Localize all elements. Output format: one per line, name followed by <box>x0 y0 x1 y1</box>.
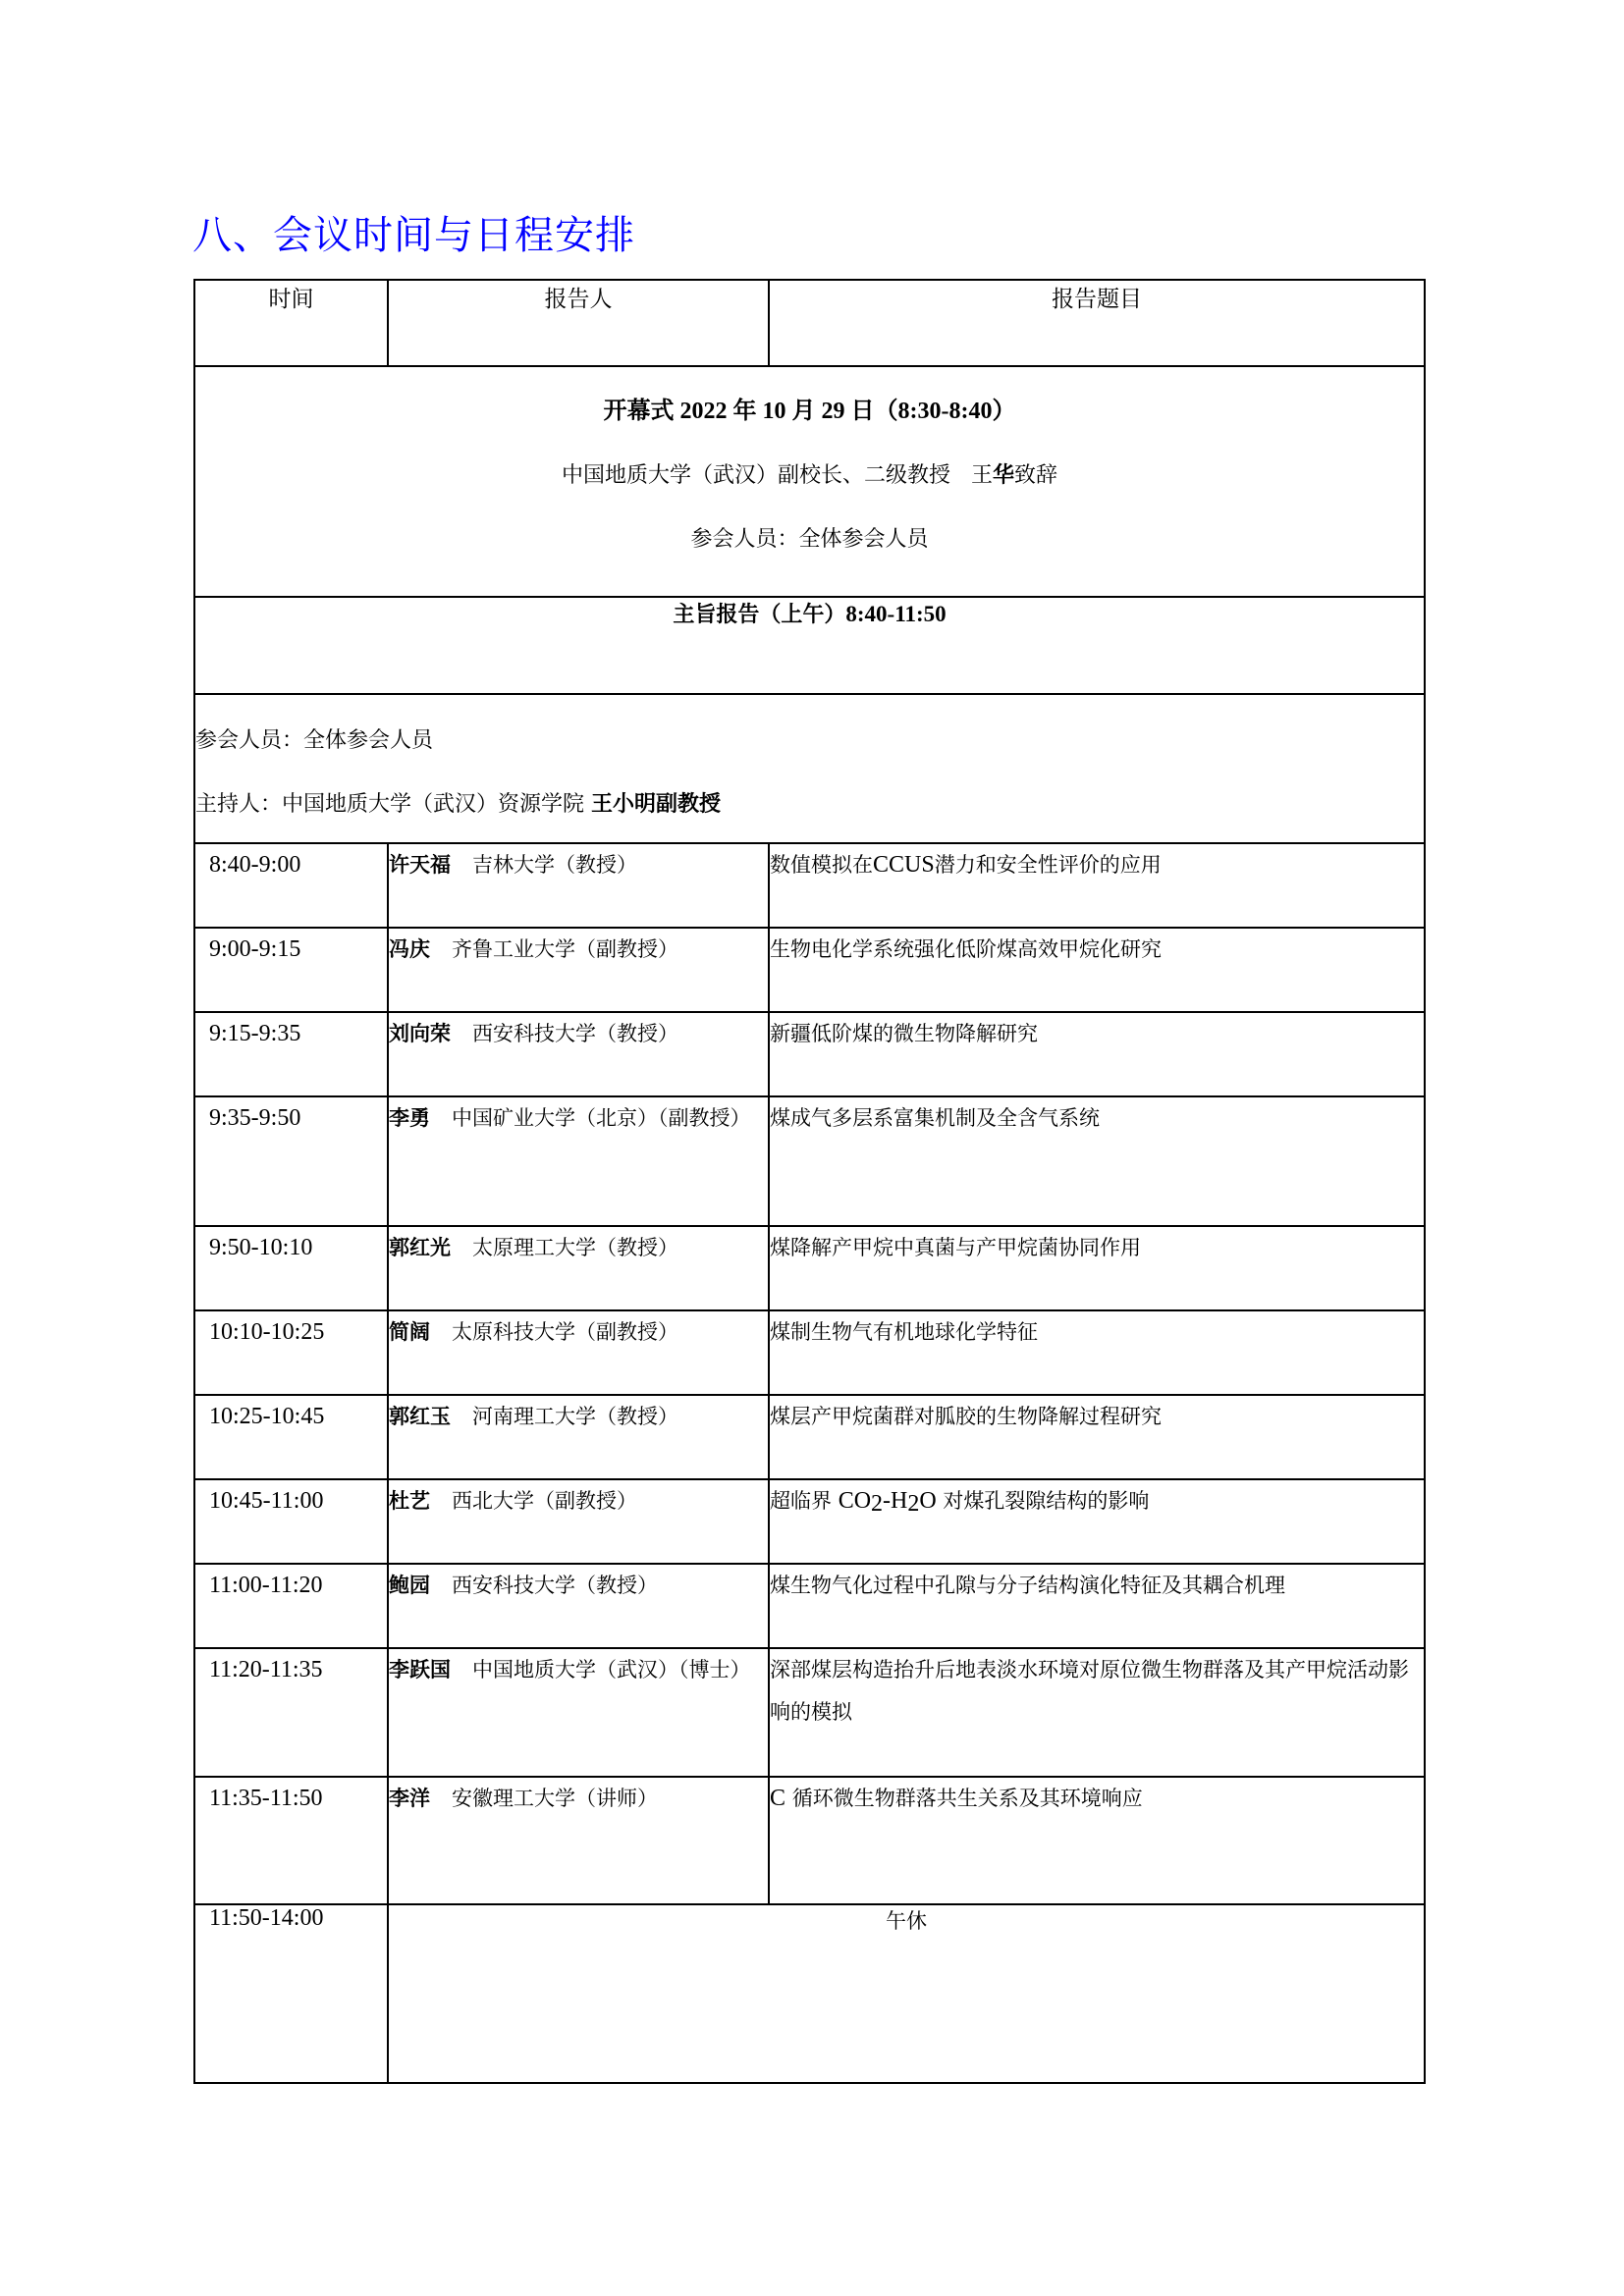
talk-time: 10:45-11:00 <box>194 1479 388 1564</box>
speaker-affiliation: 西北大学（副教授） <box>452 1489 637 1513</box>
speaker-name: 许天福 <box>389 853 451 877</box>
topic-formula: O <box>919 1488 936 1514</box>
speaker-name: 鲍园 <box>389 1574 430 1597</box>
talk-speaker: 简阔太原科技大学（副教授） <box>388 1310 769 1395</box>
table-row: 8:40-9:00 许天福吉林大学（教授） 数值模拟在CCUS潜力和安全性评价的… <box>194 843 1425 928</box>
opening-speaker-name-1: 王 <box>971 463 993 488</box>
lunch-break-row: 11:50-14:00 午休 <box>194 1904 1425 2083</box>
opening-ceremony-row: 开幕式 2022 年 10 月 29 日（8:30-8:40） 中国地质大学（武… <box>194 366 1425 597</box>
speaker-affiliation: 中国地质大学（武汉）（博士） <box>472 1658 751 1682</box>
talk-speaker: 郭红玉河南理工大学（教授） <box>388 1395 769 1479</box>
speaker-affiliation: 中国矿业大学（北京）（副教授） <box>452 1106 751 1130</box>
keynote-host: 主持人：中国地质大学（武汉）资源学院 王小明副教授 <box>195 773 1424 836</box>
talk-topic: 煤制生物气有机地球化学特征 <box>769 1310 1425 1395</box>
speaker-name: 杜艺 <box>389 1489 430 1513</box>
speaker-name: 郭红玉 <box>389 1405 451 1428</box>
topic-formula-subscript: 2 <box>907 1491 919 1517</box>
speaker-affiliation: 西安科技大学（教授） <box>472 1022 678 1045</box>
table-row: 9:00-9:15 冯庆齐鲁工业大学（副教授） 生物电化学系统强化低阶煤高效甲烷… <box>194 928 1425 1012</box>
talk-speaker: 李勇中国矿业大学（北京）（副教授） <box>388 1096 769 1226</box>
talk-time: 11:20-11:35 <box>194 1648 388 1777</box>
speaker-name: 李勇 <box>389 1106 430 1130</box>
speaker-name: 简阔 <box>389 1320 430 1344</box>
talk-topic: 煤成气多层系富集机制及全含气系统 <box>769 1096 1425 1226</box>
topic-text: 对煤孔裂隙结构的影响 <box>943 1489 1149 1513</box>
speaker-name: 郭红光 <box>389 1236 451 1259</box>
talk-topic: 煤生物气化过程中孔隙与分子结构演化特征及其耦合机理 <box>769 1564 1425 1648</box>
page-title: 八、会议时间与日程安排 <box>192 208 635 263</box>
table-row: 9:50-10:10 郭红光太原理工大学（教授） 煤降解产甲烷中真菌与产甲烷菌协… <box>194 1226 1425 1310</box>
table-row: 11:35-11:50 李洋安徽理工大学（讲师） C 循环微生物群落共生关系及其… <box>194 1777 1425 1904</box>
talk-topic: 数值模拟在CCUS潜力和安全性评价的应用 <box>769 843 1425 928</box>
keynote-info-cell: 参会人员：全体参会人员 主持人：中国地质大学（武汉）资源学院 王小明副教授 <box>194 694 1425 843</box>
topic-formula: CO <box>839 1488 871 1514</box>
talk-time: 9:50-10:10 <box>194 1226 388 1310</box>
speaker-affiliation: 吉林大学（教授） <box>472 853 637 877</box>
talk-speaker: 杜艺西北大学（副教授） <box>388 1479 769 1564</box>
talk-speaker: 鲍园西安科技大学（教授） <box>388 1564 769 1648</box>
topic-text-latin: CCUS <box>873 852 935 878</box>
talk-topic: 深部煤层构造抬升后地表淡水环境对原位微生物群落及其产甲烷活动影响的模拟 <box>769 1648 1425 1777</box>
speaker-name: 李洋 <box>389 1787 430 1810</box>
keynote-host-name: 王小明副教授 <box>591 792 721 817</box>
speaker-name: 冯庆 <box>389 937 430 961</box>
talk-speaker: 许天福吉林大学（教授） <box>388 843 769 928</box>
keynote-attendees: 参会人员：全体参会人员 <box>195 709 1424 773</box>
table-row: 10:10-10:25 简阔太原科技大学（副教授） 煤制生物气有机地球化学特征 <box>194 1310 1425 1395</box>
lunch-label: 午休 <box>388 1904 1425 2083</box>
speaker-name: 李跃国 <box>389 1658 451 1682</box>
talk-topic: 煤降解产甲烷中真菌与产甲烷菌协同作用 <box>769 1226 1425 1310</box>
opening-address-suffix: 致辞 <box>1014 463 1057 488</box>
speaker-affiliation: 齐鲁工业大学（副教授） <box>452 937 678 961</box>
opening-ceremony-cell: 开幕式 2022 年 10 月 29 日（8:30-8:40） 中国地质大学（武… <box>194 366 1425 597</box>
keynote-info-row: 参会人员：全体参会人员 主持人：中国地质大学（武汉）资源学院 王小明副教授 <box>194 694 1425 843</box>
topic-text: 潜力和安全性评价的应用 <box>935 853 1162 877</box>
keynote-heading-time: 8:40-11:50 <box>845 602 946 626</box>
opening-attendees: 参会人员：全体参会人员 <box>195 507 1424 571</box>
lunch-time: 11:50-14:00 <box>194 1904 388 2083</box>
table-row: 10:45-11:00 杜艺西北大学（副教授） 超临界 CO2-H2O 对煤孔裂… <box>194 1479 1425 1564</box>
talk-speaker: 李洋安徽理工大学（讲师） <box>388 1777 769 1904</box>
speaker-affiliation: 太原科技大学（副教授） <box>452 1320 678 1344</box>
opening-address: 中国地质大学（武汉）副校长、二级教授 王华致辞 <box>195 444 1424 507</box>
table-row: 10:25-10:45 郭红玉河南理工大学（教授） 煤层产甲烷菌群对胍胶的生物降… <box>194 1395 1425 1479</box>
header-topic: 报告题目 <box>769 280 1425 366</box>
topic-text: 数值模拟在 <box>770 853 873 877</box>
topic-text: 循环微生物群落共生关系及其环境响应 <box>792 1787 1143 1810</box>
topic-formula: -H <box>883 1488 907 1514</box>
talk-time: 8:40-9:00 <box>194 843 388 928</box>
topic-formula-subscript: 2 <box>871 1491 883 1517</box>
table-row: 9:35-9:50 李勇中国矿业大学（北京）（副教授） 煤成气多层系富集机制及全… <box>194 1096 1425 1226</box>
talk-speaker: 刘向荣西安科技大学（教授） <box>388 1012 769 1096</box>
talk-topic: C 循环微生物群落共生关系及其环境响应 <box>769 1777 1425 1904</box>
talk-topic: 生物电化学系统强化低阶煤高效甲烷化研究 <box>769 928 1425 1012</box>
table-row: 11:20-11:35 李跃国中国地质大学（武汉）（博士） 深部煤层构造抬升后地… <box>194 1648 1425 1777</box>
speaker-name: 刘向荣 <box>389 1022 451 1045</box>
keynote-heading: 主旨报告（上午）8:40-11:50 <box>194 597 1425 694</box>
talk-time: 10:10-10:25 <box>194 1310 388 1395</box>
table-row: 11:00-11:20 鲍园西安科技大学（教授） 煤生物气化过程中孔隙与分子结构… <box>194 1564 1425 1648</box>
topic-text-latin: C <box>770 1786 785 1811</box>
opening-speaker-name-2: 华 <box>993 463 1014 488</box>
talk-time: 11:00-11:20 <box>194 1564 388 1648</box>
speaker-affiliation: 西安科技大学（教授） <box>452 1574 658 1597</box>
talk-speaker: 郭红光太原理工大学（教授） <box>388 1226 769 1310</box>
talk-time: 10:25-10:45 <box>194 1395 388 1479</box>
talk-speaker: 李跃国中国地质大学（武汉）（博士） <box>388 1648 769 1777</box>
talk-topic: 煤层产甲烷菌群对胍胶的生物降解过程研究 <box>769 1395 1425 1479</box>
table-header-row: 时间 报告人 报告题目 <box>194 280 1425 366</box>
talk-time: 11:35-11:50 <box>194 1777 388 1904</box>
talk-time: 9:35-9:50 <box>194 1096 388 1226</box>
topic-text: 超临界 <box>770 1489 832 1513</box>
talk-topic: 新疆低阶煤的微生物降解研究 <box>769 1012 1425 1096</box>
header-speaker: 报告人 <box>388 280 769 366</box>
keynote-heading-row: 主旨报告（上午）8:40-11:50 <box>194 597 1425 694</box>
talk-time: 9:00-9:15 <box>194 928 388 1012</box>
speaker-affiliation: 河南理工大学（教授） <box>472 1405 678 1428</box>
keynote-heading-label: 主旨报告（上午） <box>673 603 845 627</box>
table-row: 9:15-9:35 刘向荣西安科技大学（教授） 新疆低阶煤的微生物降解研究 <box>194 1012 1425 1096</box>
opening-address-prefix: 中国地质大学（武汉）副校长、二级教授 <box>562 463 950 488</box>
talk-topic: 超临界 CO2-H2O 对煤孔裂隙结构的影响 <box>769 1479 1425 1564</box>
header-time: 时间 <box>194 280 388 366</box>
speaker-affiliation: 太原理工大学（教授） <box>472 1236 678 1259</box>
opening-heading: 开幕式 2022 年 10 月 29 日（8:30-8:40） <box>195 380 1424 444</box>
talk-speaker: 冯庆齐鲁工业大学（副教授） <box>388 928 769 1012</box>
schedule-table: 时间 报告人 报告题目 开幕式 2022 年 10 月 29 日（8:30-8:… <box>193 279 1426 2084</box>
speaker-affiliation: 安徽理工大学（讲师） <box>452 1787 658 1810</box>
keynote-host-prefix: 主持人：中国地质大学（武汉）资源学院 <box>195 792 584 817</box>
talk-time: 9:15-9:35 <box>194 1012 388 1096</box>
